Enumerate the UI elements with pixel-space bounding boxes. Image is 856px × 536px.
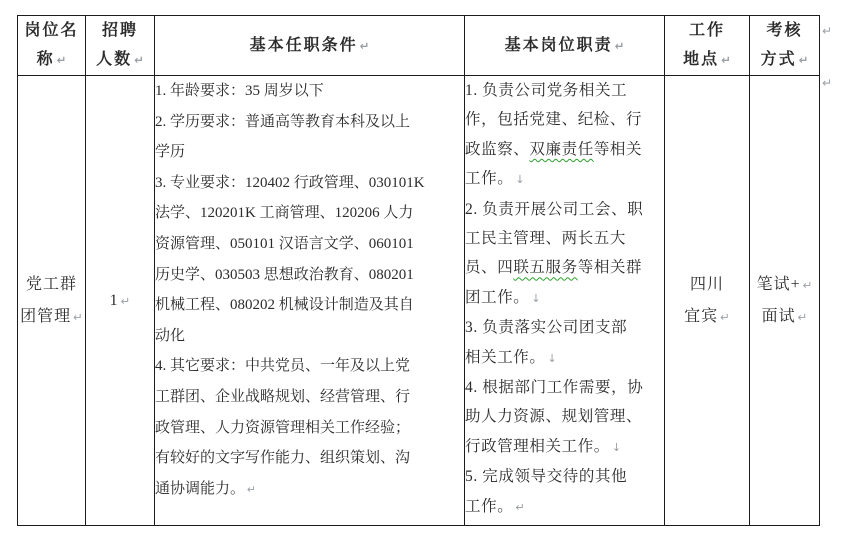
text-line: 助人力资源、规划管理、 [465,402,664,431]
text-line: 政监察、双廉责任等相关 [465,135,664,164]
header-qualifications: 基本任职条件↵ [155,16,465,76]
text-line: 工作。↵ [465,492,664,522]
text-line: 岗位名 [18,16,85,45]
text-line: 工群团、企业战略规划、经营管理、行 [155,382,464,413]
text-line: 动化 [155,321,464,352]
job-posting-table: 岗位名称↵ 招聘人数↵ 基本任职条件↵ 基本岗位职责↵ 工作地点↵ 考核方式↵ … [17,15,820,526]
header-headcount: 招聘人数↵ [86,16,155,76]
paragraph-mark-icon: ↵ [73,310,83,324]
row-end-paragraph-mark-icon: ↵ [822,24,832,38]
text-line: 宜宾↵ [665,301,749,333]
paragraph-mark-icon: ↓ [612,441,621,454]
text-line: 5. 完成领导交待的其他 [465,462,664,491]
text-line: 有较好的文字写作能力、组织策划、沟 [155,443,464,474]
paragraph-mark-icon: ↵ [247,483,256,496]
paragraph-mark-icon: ↵ [720,310,730,324]
cell-position-name: 党工群团管理↵ [18,76,86,526]
cell-headcount: 1↵ [86,76,155,526]
text-line: 工民主管理、两长五大 [465,224,664,253]
text-line: 机械工程、080202 机械设计制造及其自 [155,290,464,321]
text-line: 四川 [665,269,749,301]
paragraph-mark-icon: ↓ [548,352,557,365]
text-line: 1. 负责公司党务相关工 [465,76,664,105]
text-line: 团管理↵ [18,301,85,333]
text-line: 通协调能力。↵ [155,474,464,506]
paragraph-mark-icon: ↵ [615,39,625,53]
text-line: 作，包括党建、纪检、行 [465,105,664,134]
paragraph-mark-icon: ↵ [121,294,131,308]
text-line: 政管理、人力资源管理相关工作经验； [155,413,464,444]
header-row: 岗位名称↵ 招聘人数↵ 基本任职条件↵ 基本岗位职责↵ 工作地点↵ 考核方式↵ [18,16,820,76]
text-line: 考核 [750,16,819,45]
paragraph-mark-icon: ↵ [799,53,809,67]
text-line: 招聘 [86,16,154,45]
text-line: 地点↵ [665,45,749,75]
text-line: 党工群 [18,269,85,301]
text-line: 3. 专业要求：120402 行政管理、030101K [155,168,464,199]
text-line: 面试↵ [750,301,819,333]
cell-qualifications: 1. 年龄要求：35 周岁以下2. 学历要求：普通高等教育本科及以上学历3. 专… [155,76,465,526]
text-line: 4. 根据部门工作需要，协 [465,373,664,402]
text-line: 2. 负责开展公司工会、职 [465,195,664,224]
text-line: 资源管理、050101 汉语言文学、060101 [155,229,464,260]
paragraph-mark-icon: ↵ [798,310,808,324]
spellcheck-underline: 双廉责任 [529,141,593,158]
header-location: 工作地点↵ [665,16,750,76]
text-line: 称↵ [18,45,85,75]
text-line: 3. 负责落实公司团支部 [465,313,664,342]
text-line: 2. 学历要求：普通高等教育本科及以上 [155,107,464,138]
text-line: 团工作。↓ [465,283,664,313]
text-line: 人数↵ [86,45,154,75]
text-line: 4. 其它要求：中共党员、一年及以上党 [155,351,464,382]
paragraph-mark-icon: ↵ [721,53,731,67]
text-line: 基本岗位职责↵ [465,31,664,61]
cell-assessment: 笔试+↵面试↵ [750,76,820,526]
text-line: 方式↵ [750,45,819,75]
paragraph-mark-icon: ↵ [134,53,144,67]
text-line: 1↵ [86,285,154,317]
text-line: 法学、120201K 工商管理、120206 人力 [155,198,464,229]
paragraph-mark-icon: ↵ [360,39,370,53]
text-line: 工作。↓ [465,164,664,194]
paragraph-mark-icon: ↵ [57,53,67,67]
text-line: 历史学、030503 思想政治教育、080201 [155,260,464,291]
text-line: 笔试+↵ [750,269,819,301]
header-position-name: 岗位名称↵ [18,16,86,76]
text-line: 基本任职条件↵ [155,31,464,61]
text-line: 行政管理相关工作。↓ [465,432,664,462]
paragraph-mark-icon: ↵ [803,278,813,292]
paragraph-mark-icon: ↵ [515,501,524,514]
text-line: 学历 [155,137,464,168]
paragraph-mark-icon: ↓ [515,173,524,186]
header-assessment: 考核方式↵ [750,16,820,76]
text-line: 1. 年龄要求：35 周岁以下 [155,76,464,107]
job-row: 党工群团管理↵ 1↵ 1. 年龄要求：35 周岁以下2. 学历要求：普通高等教育… [18,76,820,526]
document-page: 岗位名称↵ 招聘人数↵ 基本任职条件↵ 基本岗位职责↵ 工作地点↵ 考核方式↵ … [0,0,856,536]
cell-location: 四川宜宾↵ [665,76,750,526]
text-line: 相关工作。↓ [465,343,664,373]
spellcheck-underline: 联五服务 [513,259,577,276]
paragraph-mark-icon: ↓ [531,292,540,305]
text-line: 员、四联五服务等相关群 [465,253,664,282]
header-duties: 基本岗位职责↵ [465,16,665,76]
cell-duties: 1. 负责公司党务相关工作，包括党建、纪检、行政监察、双廉责任等相关工作。↓2.… [465,76,665,526]
row-end-paragraph-mark-icon: ↵ [822,76,832,90]
text-line: 工作 [665,16,749,45]
